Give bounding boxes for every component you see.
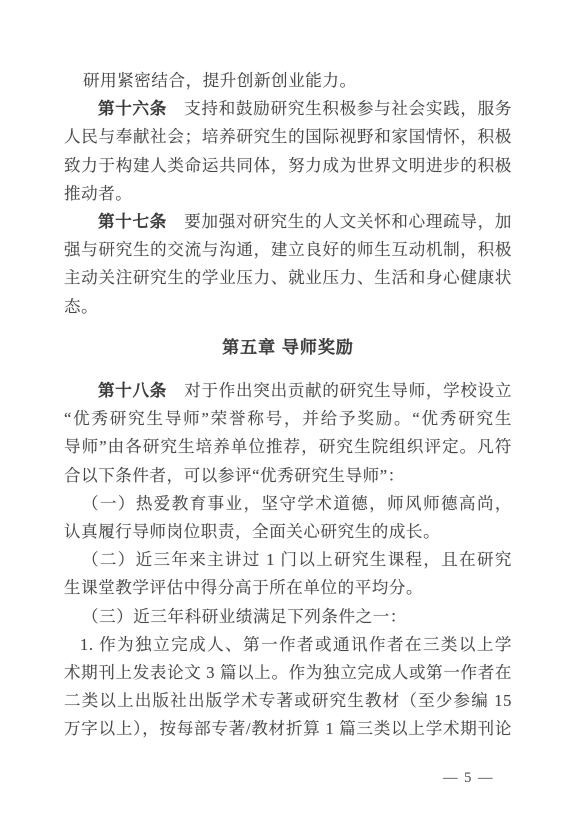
- text-line: 二类以上出版社出版学术专著或研究生教材（至少参编 15: [64, 687, 512, 715]
- text-line: （二）近三年来主讲过 1 门以上研究生课程，且在研究: [64, 546, 512, 574]
- text-segment: 二类以上出版社出版学术专著或研究生教材（至少参编 15: [64, 691, 512, 710]
- text-segment: 导师”由各研究生培养单位推荐，研究生院组织评定。凡符: [64, 437, 512, 456]
- text-line: 万字以上），按每部专著/教材折算 1 篇三类以上学术期刊论: [64, 715, 512, 743]
- text-line: （一）热爱教育事业，坚守学术道德，师风师德高尚，: [64, 490, 512, 518]
- chapter-heading: 第五章 导师奖励: [64, 334, 512, 362]
- text-segment: 态。: [64, 297, 98, 316]
- text-segment: 致力于构建人类命运共同体，努力成为世界文明进步的积极: [64, 156, 512, 175]
- text-line: 生课堂教学评估中得分高于所在单位的平均分。: [64, 574, 512, 602]
- text-segment: 要加强对研究生的人文关怀和心理疏导，加: [167, 212, 512, 231]
- scanned-document-page: 研用紧密结合，提升创新创业能力。第十六条 支持和鼓励研究生积极参与社会实践，服务…: [0, 0, 580, 831]
- text-segment: 人民与奉献社会；培养研究生的国际视野和家国情怀，积极: [64, 127, 512, 146]
- text-line: 认真履行导师岗位职责，全面关心研究生的成长。: [64, 518, 512, 546]
- article-number: 第十八条: [98, 381, 167, 400]
- text-line: 术期刊上发表论文 3 篇以上。作为独立完成人或第一作者在: [64, 659, 512, 687]
- article-number: 第十六条: [98, 99, 167, 118]
- text-line: 第十六条 支持和鼓励研究生积极参与社会实践，服务: [64, 95, 512, 123]
- text-segment: 推动者。: [64, 184, 132, 203]
- text-line: 合以下条件者，可以参评“优秀研究生导师”：: [64, 462, 512, 490]
- text-segment: （一）热爱教育事业，坚守学术道德，师风师德高尚，: [82, 494, 512, 513]
- text-segment: “优秀研究生导师”荣誉称号，并给予奖励。“优秀研究生: [64, 409, 512, 428]
- text-segment: 万字以上），按每部专著/教材折算 1 篇三类以上学术期刊论: [64, 719, 512, 738]
- text-line: 致力于构建人类命运共同体，努力成为世界文明进步的积极: [64, 152, 512, 180]
- text-segment: 认真履行导师岗位职责，全面关心研究生的成长。: [64, 522, 440, 541]
- text-line: 1. 作为独立完成人、第一作者或通讯作者在三类以上学: [64, 631, 512, 659]
- document-body: 研用紧密结合，提升创新创业能力。第十六条 支持和鼓励研究生积极参与社会实践，服务…: [64, 67, 512, 744]
- text-segment: 合以下条件者，可以参评“优秀研究生导师”：: [64, 466, 405, 485]
- article-number: 第十七条: [98, 212, 167, 231]
- text-segment: （三）近三年科研业绩满足下列条件之一：: [82, 607, 407, 626]
- page-number: — 5 —: [443, 770, 494, 787]
- text-line: 第十八条 对于作出突出贡献的研究生导师，学校设立: [64, 377, 512, 405]
- text-segment: 研用紧密结合，提升创新创业能力。: [83, 71, 357, 90]
- text-line: “优秀研究生导师”荣誉称号，并给予奖励。“优秀研究生: [64, 405, 512, 433]
- text-line: 人民与奉献社会；培养研究生的国际视野和家国情怀，积极: [64, 123, 512, 151]
- text-line: 研用紧密结合，提升创新创业能力。: [64, 67, 512, 95]
- text-line: 态。: [64, 293, 512, 321]
- text-segment: 强与研究生的交流与沟通，建立良好的师生互动机制，积极: [64, 240, 512, 259]
- text-segment: 生课堂教学评估中得分高于所在单位的平均分。: [64, 578, 423, 597]
- text-segment: 对于作出突出贡献的研究生导师，学校设立: [167, 381, 512, 400]
- text-segment: 术期刊上发表论文 3 篇以上。作为独立完成人或第一作者在: [64, 663, 512, 682]
- text-line: 主动关注研究生的学业压力、就业压力、生活和身心健康状: [64, 264, 512, 292]
- text-segment: 支持和鼓励研究生积极参与社会实践，服务: [167, 99, 512, 118]
- text-line: 推动者。: [64, 180, 512, 208]
- text-segment: 1. 作为独立完成人、第一作者或通讯作者在三类以上学: [80, 635, 512, 654]
- text-line: 强与研究生的交流与沟通，建立良好的师生互动机制，积极: [64, 236, 512, 264]
- text-segment: （二）近三年来主讲过 1 门以上研究生课程，且在研究: [82, 550, 512, 569]
- text-line: 第十七条 要加强对研究生的人文关怀和心理疏导，加: [64, 208, 512, 236]
- text-segment: 主动关注研究生的学业压力、就业压力、生活和身心健康状: [64, 268, 512, 287]
- text-line: （三）近三年科研业绩满足下列条件之一：: [64, 603, 512, 631]
- text-line: 导师”由各研究生培养单位推荐，研究生院组织评定。凡符: [64, 433, 512, 461]
